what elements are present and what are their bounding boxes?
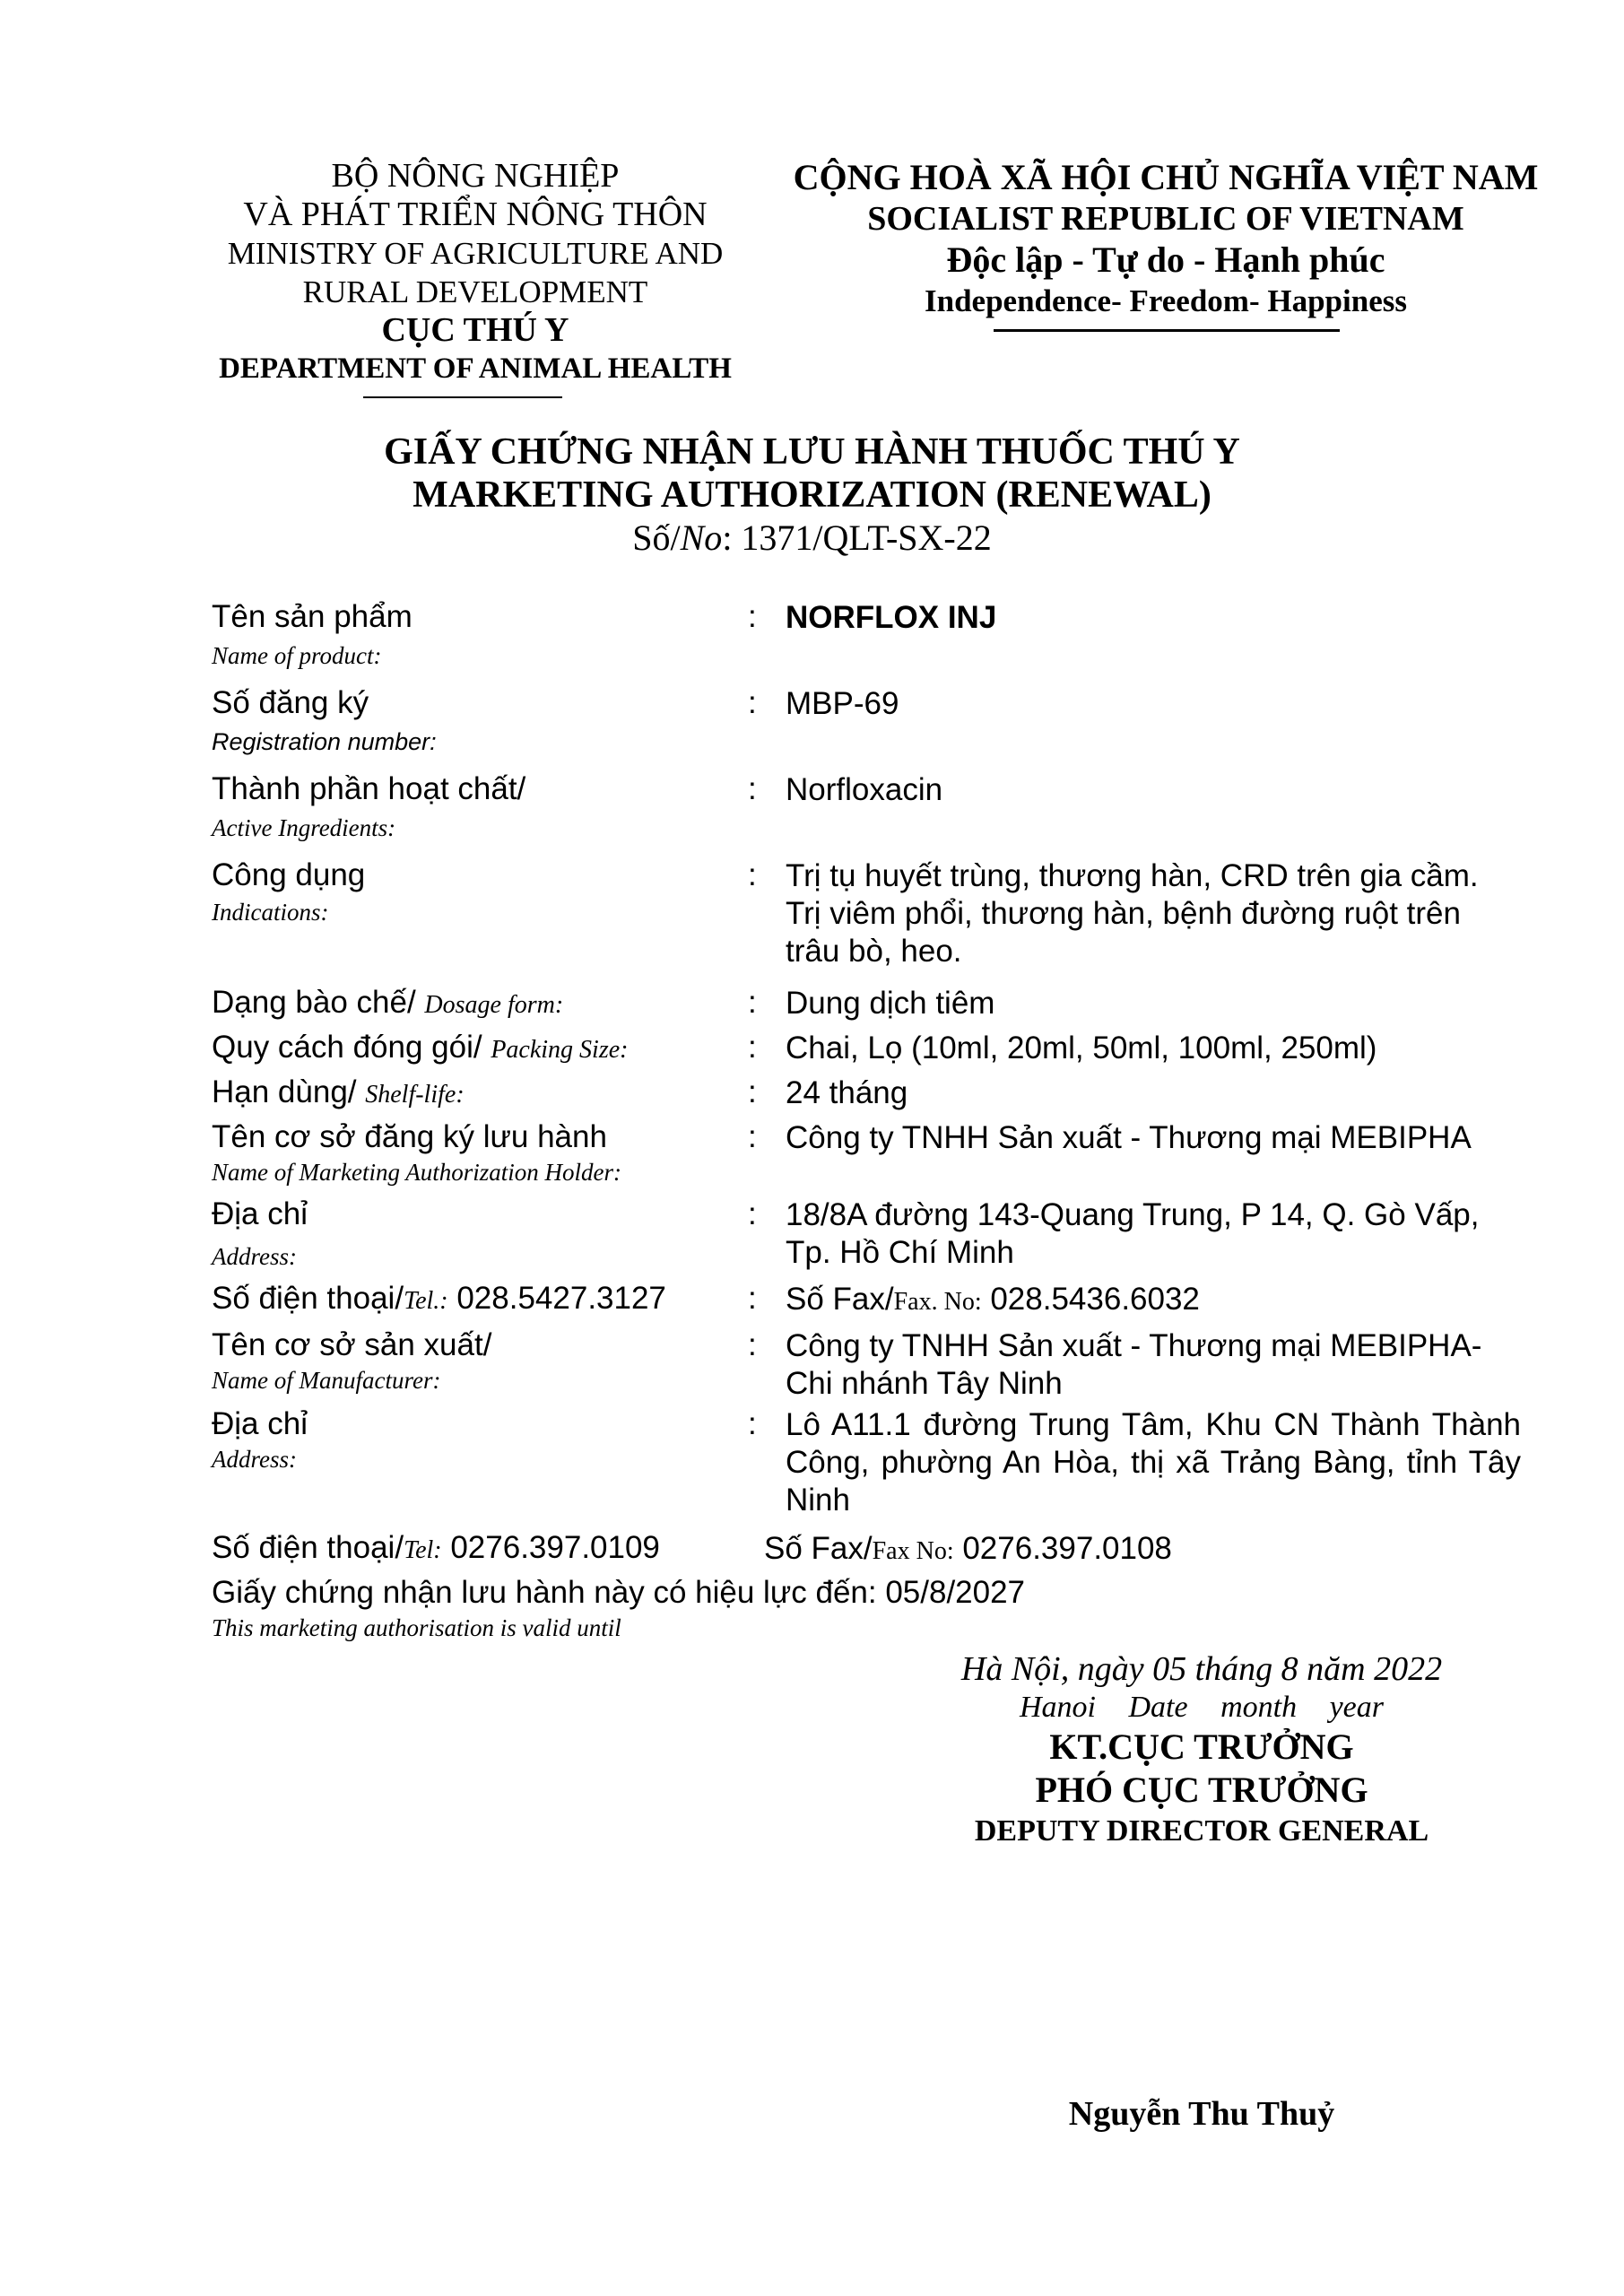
field-label-en: Packing Size: [491,1036,628,1064]
ministry-name-en-line1: MINISTRY OF AGRICULTURE AND [170,234,780,273]
title-en: MARKETING AUTHORIZATION (RENEWAL) [0,474,1624,517]
field-sublabel: Name of Manufacturer: [212,1367,440,1395]
field-label: Hạn dùng/ Shelf-life: [212,1074,465,1110]
field-label: Số đăng ký [212,685,369,721]
field-value: Chai, Lọ (10ml, 20ml, 50ml, 100ml, 250ml… [786,1030,1521,1067]
header-left-divider [363,396,562,398]
phone-label-vi: Số điện thoại/ [212,1281,404,1316]
field-sublabel: Active Ingredients: [212,814,395,842]
field-label: Địa chỉ [212,1196,308,1232]
field-colon: : [748,985,757,1021]
issue-date-en: Hanoi Date month year [906,1690,1498,1726]
field-label-vi: Quy cách đóng gói/ [212,1030,491,1065]
field-label-en: Dosage form: [424,991,563,1019]
field-value: Trị tụ huyết trùng, thương hàn, CRD trên… [786,857,1521,970]
department-name-en: DEPARTMENT OF ANIMAL HEALTH [170,350,780,388]
motto-vi: Độc lập - Tự do - Hạnh phúc [780,239,1551,281]
field-colon: : [748,1281,757,1317]
field-label-en: Shelf-life: [365,1081,464,1109]
title-vi: GIẤY CHỨNG NHẬN LƯU HÀNH THUỐC THÚ Y [0,430,1624,474]
document-title: GIẤY CHỨNG NHẬN LƯU HÀNH THUỐC THÚ Y MAR… [0,430,1624,560]
field-colon: : [748,857,757,893]
field-colon: : [748,1406,757,1442]
phone-label-en: Tel.: [404,1287,448,1315]
phone-label-en: Tel: [404,1536,442,1564]
field-label: Dạng bào chế/ Dosage form: [212,985,563,1021]
signer-name: Nguyễn Thu Thuỷ [906,2094,1498,2134]
fax-label-en: Fax. No: [894,1288,982,1316]
field-colon: : [748,599,757,635]
number-label-vi: Số/ [632,517,680,558]
field-colon: : [748,1327,757,1363]
issue-date-vi: Hà Nội, ngày 05 tháng 8 năm 2022 [906,1648,1498,1690]
motto-en: Independence- Freedom- Happiness [780,281,1551,322]
validity-text-en: This marketing authorisation is valid un… [212,1614,621,1642]
field-label: Công dụng [212,857,365,893]
signer-title-en: DEPUTY DIRECTOR GENERAL [906,1812,1498,1851]
validity-text: Giấy chứng nhận lưu hành này có hiệu lực… [212,1575,1025,1611]
ministry-name-en-line2: RURAL DEVELOPMENT [170,273,780,311]
number-label-en: No [681,517,723,558]
phone-label-vi: Số điện thoại/ [212,1530,404,1565]
fax-value: 0276.397.0108 [954,1531,1172,1566]
field-value: NORFLOX INJ [786,599,1521,637]
fax-field: Số Fax/Fax No: 0276.397.0108 [764,1530,1499,1570]
issuing-authority-header: BỘ NÔNG NGHIỆP VÀ PHÁT TRIỂN NÔNG THÔN M… [170,157,780,388]
field-value: Công ty TNHH Sản xuất - Thương mại MEBIP… [786,1119,1521,1157]
fax-label-en: Fax No: [873,1537,954,1565]
field-label: Tên cơ sở đăng ký lưu hành [212,1119,607,1155]
field-sublabel: Name of product: [212,642,381,670]
field-label: Thành phần hoạt chất/ [212,771,525,807]
signature-block: Hà Nội, ngày 05 tháng 8 năm 2022 Hanoi D… [906,1648,1498,1851]
certificate-number: Số/No: 1371/QLT-SX-22 [0,517,1624,560]
fax-label-vi: Số Fax/ [786,1282,894,1317]
field-value: 18/8A đường 143-Quang Trung, P 14, Q. Gò… [786,1196,1521,1272]
field-sublabel: Registration number: [212,728,437,756]
fax-field: Số Fax/Fax. No: 028.5436.6032 [786,1281,1521,1321]
field-label: Tên sản phẩm [212,599,413,635]
header-right-divider [994,329,1340,332]
field-value: Công ty TNHH Sản xuất - Thương mại MEBIP… [786,1327,1521,1403]
fax-value: 028.5436.6032 [982,1282,1200,1317]
field-label-vi: Dạng bào chế/ [212,985,424,1020]
field-value: Lô A11.1 đường Trung Tâm, Khu CN Thành T… [786,1406,1521,1519]
phone-value: 028.5427.3127 [448,1281,666,1316]
fax-label-vi: Số Fax/ [764,1531,873,1566]
field-value: Dung dịch tiêm [786,985,1521,1022]
field-colon: : [748,1196,757,1232]
field-label: Tên cơ sở sản xuất/ [212,1327,491,1363]
field-label: Số điện thoại/Tel.: 028.5427.3127 [212,1281,666,1317]
signer-title-1: KT.CỤC TRƯỞNG [906,1726,1498,1769]
ministry-name-vi-line2: VÀ PHÁT TRIỂN NÔNG THÔN [170,196,780,234]
field-sublabel: Address: [212,1446,297,1474]
field-colon: : [748,771,757,807]
country-name-en: SOCIALIST REPUBLIC OF VIETNAM [780,198,1551,239]
field-colon: : [748,1030,757,1065]
field-label: Địa chỉ [212,1406,308,1442]
ministry-name-vi-line1: BỘ NÔNG NGHIỆP [170,157,780,196]
number-value: : 1371/QLT-SX-22 [722,517,991,558]
field-sublabel: Name of Marketing Authorization Holder: [212,1159,621,1187]
department-name-vi: CỤC THÚ Y [170,311,780,350]
field-colon: : [748,1119,757,1155]
field-value: 24 tháng [786,1074,1521,1112]
phone-value: 0276.397.0109 [442,1530,660,1565]
field-sublabel: Indications: [212,899,328,926]
field-colon: : [748,1074,757,1110]
field-label: Quy cách đóng gói/ Packing Size: [212,1030,628,1065]
field-label-vi: Hạn dùng/ [212,1074,365,1109]
national-header: CỘNG HOÀ XÃ HỘI CHỦ NGHĨA VIỆT NAM SOCIA… [780,157,1551,322]
field-value: Norfloxacin [786,771,1521,809]
field-sublabel: Address: [212,1243,297,1271]
field-value: MBP-69 [786,685,1521,723]
signer-title-2: PHÓ CỤC TRƯỞNG [906,1769,1498,1812]
field-colon: : [748,685,757,721]
field-label: Số điện thoại/Tel: 0276.397.0109 [212,1530,660,1566]
country-name-vi: CỘNG HOÀ XÃ HỘI CHỦ NGHĨA VIỆT NAM [780,157,1551,198]
